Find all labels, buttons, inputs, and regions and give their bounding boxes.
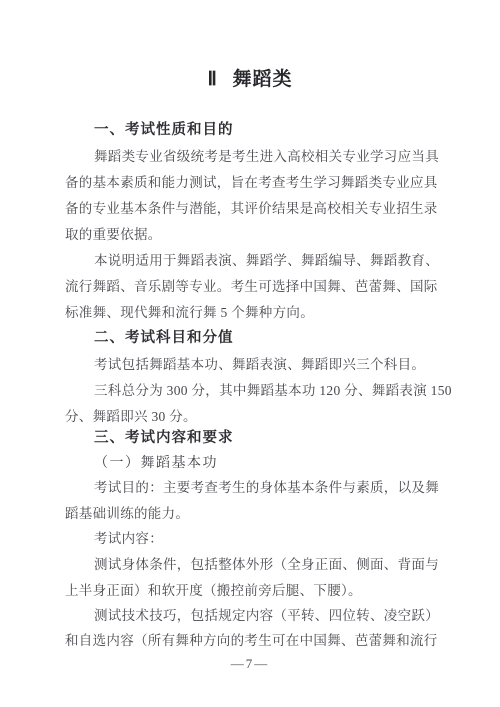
body-line: 考试目的：主要考查考生的身体基本条件与素质，以及舞 bbox=[65, 479, 437, 496]
body-line: 考试包括舞蹈基本功、舞蹈表演、舞蹈即兴三个科目。 bbox=[65, 356, 437, 373]
body-line: 备的基本素质和能力测试，旨在考查考生学习舞蹈类专业应具 bbox=[65, 174, 437, 191]
document-page: Ⅱ 舞蹈类 一、考试性质和目的 舞蹈类专业省级统考是考生进入高校相关专业学习应当… bbox=[0, 0, 500, 707]
page-number: —7— bbox=[0, 656, 500, 672]
section-heading-2: 二、考试科目和分值 bbox=[65, 330, 437, 347]
sub-heading: （一）舞蹈基本功 bbox=[65, 455, 437, 472]
body-line: 考试内容： bbox=[65, 530, 437, 547]
body-line: 流行舞蹈、音乐剧等专业。考生可选择中国舞、芭蕾舞、国际 bbox=[65, 278, 437, 295]
body-line: 舞蹈类专业省级统考是考生进入高校相关专业学习应当具 bbox=[65, 148, 437, 165]
section-heading-1: 一、考试性质和目的 bbox=[65, 122, 437, 139]
body-line: 备的专业基本条件与潜能，其评价结果是高校相关专业招生录 bbox=[65, 200, 437, 217]
body-line: 测试身体条件，包括整体外形（全身正面、侧面、背面与 bbox=[65, 556, 437, 573]
body-line: 分、舞蹈即兴 30 分。 bbox=[65, 408, 437, 425]
body-line: 和自选内容（所有舞种方向的考生可在中国舞、芭蕾舞和流行 bbox=[65, 632, 437, 649]
section-heading-3: 三、考试内容和要求 bbox=[65, 430, 437, 447]
body-line: 上半身正面）和软开度（搬控前旁后腿、下腰）。 bbox=[65, 582, 437, 599]
body-line: 三科总分为 300 分，其中舞蹈基本功 120 分、舞蹈表演 150 bbox=[65, 382, 437, 399]
body-line: 本说明适用于舞蹈表演、舞蹈学、舞蹈编导、舞蹈教育、 bbox=[65, 252, 437, 269]
body-line: 测试技术技巧，包括规定内容（平转、四位转、凌空跃） bbox=[65, 607, 437, 624]
body-line: 蹈基础训练的能力。 bbox=[65, 505, 437, 522]
page-title: Ⅱ 舞蹈类 bbox=[0, 64, 500, 91]
body-line: 取的重要依据。 bbox=[65, 226, 437, 243]
body-line: 标准舞、现代舞和流行舞 5 个舞种方向。 bbox=[65, 304, 437, 321]
